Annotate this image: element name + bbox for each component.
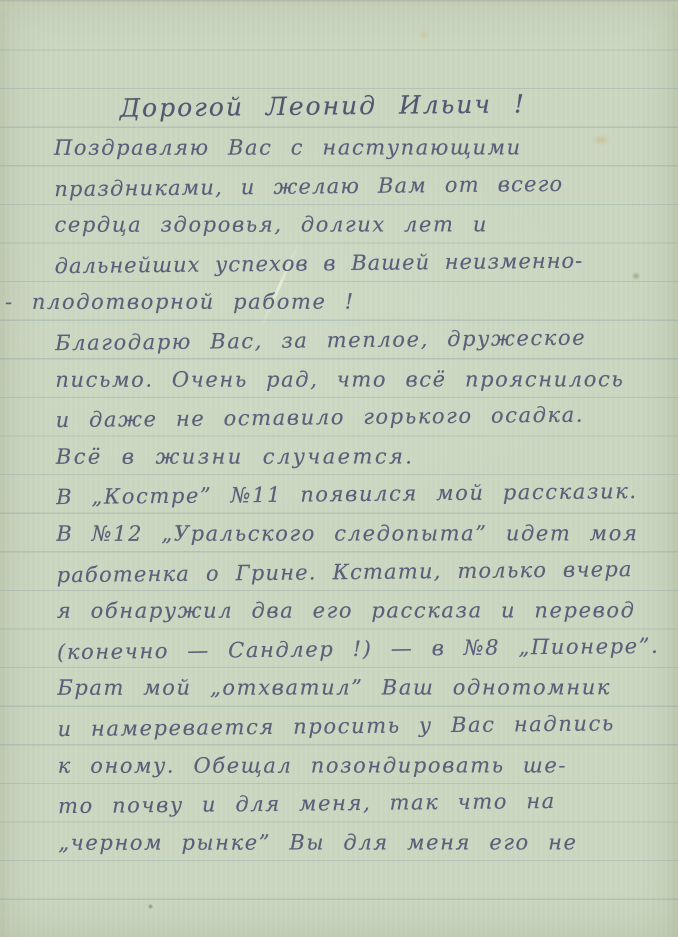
letter-body: Дорогой Леонид Ильич ! Поздравляю Вас с … [54, 82, 659, 863]
letter-heading: Дорогой Леонид Ильич ! [120, 81, 654, 131]
handwritten-line: к оному. Обещал позондировать ше- [58, 746, 658, 785]
stain-mark [148, 904, 153, 909]
handwritten-line: письмо. Очень рад, что всё прояснилось [55, 360, 655, 399]
handwritten-line: праздниками, и желаю Вам от всего [54, 163, 654, 208]
handwritten-line: Брат мой „отхватил” Ваш однотомник [57, 669, 657, 708]
handwritten-line: и намеревается просить у Вас надпись [57, 704, 657, 749]
handwritten-line: „черном рынке” Вы для меня его не [58, 823, 658, 862]
handwritten-line: и даже не оставило горького осадка. [55, 395, 655, 440]
handwritten-line: я обнаружил два его рассказа и перевод [57, 591, 657, 630]
handwritten-line: В „Костре” №11 появился мой рассказик. [56, 472, 656, 517]
handwritten-line: то почву и для меня, так что на [58, 781, 658, 826]
handwritten-line: (конечно — Сандлер !) — в №8 „Пионере”. [57, 627, 657, 672]
handwritten-line: - плодотворной работе ! [5, 283, 655, 322]
handwritten-line: Поздравляю Вас с наступающими [54, 128, 654, 167]
stain-mark [418, 30, 430, 40]
handwritten-line: В №12 „Уральского следопыта” идет моя [56, 514, 656, 553]
letter-page: Дорогой Леонид Ильич ! Поздравляю Вас с … [0, 0, 678, 937]
handwritten-line: дальнейших успехов в Вашей неизменно- [55, 241, 655, 286]
handwritten-line: работенка о Грине. Кстати, только вчера [56, 549, 656, 594]
handwritten-line: сердца здоровья, долгих лет и [54, 205, 654, 244]
handwritten-line: Благодарю Вас, за теплое, дружеское [55, 318, 655, 363]
handwritten-line: Всё в жизни случается. [56, 437, 656, 476]
